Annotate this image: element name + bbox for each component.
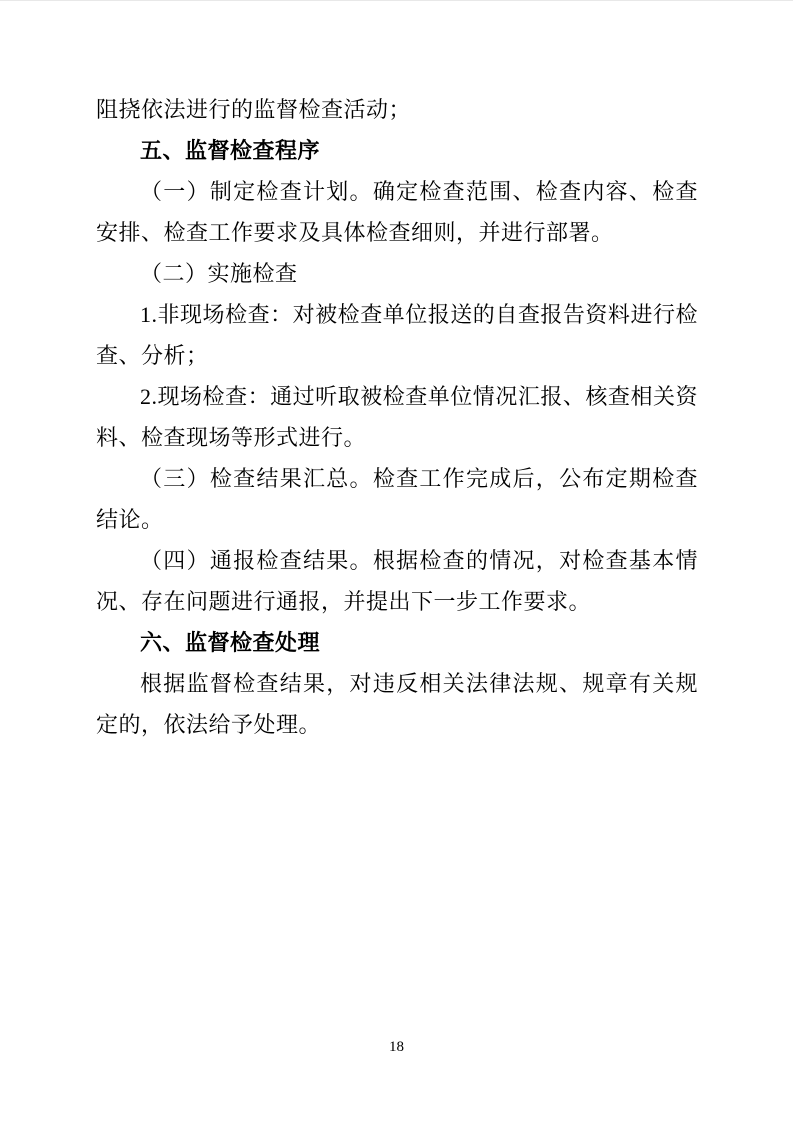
paragraph-offsite-check: 1.非现场检查：对被检查单位报送的自查报告资料进行检查、分析； xyxy=(96,294,698,376)
paragraph-implement: （二）实施检查 xyxy=(96,253,698,294)
page-footer: 18 xyxy=(0,1037,793,1057)
paragraph-result-notify: （四）通报检查结果。根据检查的情况，对检查基本情况、存在问题进行通报，并提出下一… xyxy=(96,540,698,622)
document-page: 阻挠依法进行的监督检查活动； 五、监督检查程序 （一）制定检查计划。确定检查范围… xyxy=(0,0,793,1122)
page-number: 18 xyxy=(389,1039,404,1055)
paragraph-onsite-check: 2.现场检查：通过听取被检查单位情况汇报、核查相关资料、检查现场等形式进行。 xyxy=(96,376,698,458)
section-heading-5: 五、监督检查程序 xyxy=(96,130,698,171)
paragraph-handling: 根据监督检查结果，对违反相关法律法规、规章有关规定的，依法给予处理。 xyxy=(96,663,698,745)
paragraph-result-summary: （三）检查结果汇总。检查工作完成后，公布定期检查结论。 xyxy=(96,458,698,540)
document-body: 阻挠依法进行的监督检查活动； 五、监督检查程序 （一）制定检查计划。确定检查范围… xyxy=(96,89,698,745)
paragraph-plan: （一）制定检查计划。确定检查范围、检查内容、检查安排、检查工作要求及具体检查细则… xyxy=(96,171,698,253)
section-heading-6: 六、监督检查处理 xyxy=(96,622,698,663)
paragraph-continuation: 阻挠依法进行的监督检查活动； xyxy=(96,89,698,130)
